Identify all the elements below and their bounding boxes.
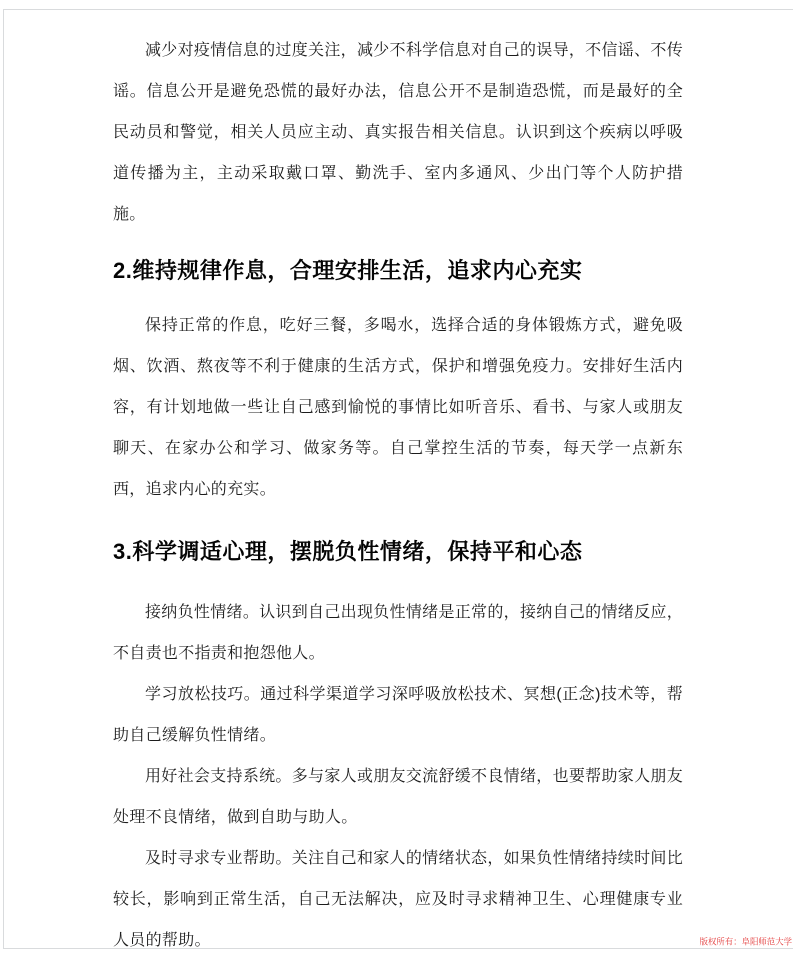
- document-page: 减少对疫情信息的过度关注，减少不科学信息对自己的误导，不信谣、不传谣。信息公开是…: [0, 0, 793, 953]
- section-3-paragraph-professional-help: 及时寻求专业帮助。关注自己和家人的情绪状态，如果负性情绪持续时间比较长，影响到正…: [113, 838, 683, 953]
- copyright-watermark: 版权所有：阜阳师范大学: [700, 938, 792, 946]
- section-3-paragraph-social-support: 用好社会支持系统。多与家人或朋友交流舒缓不良情绪，也要帮助家人朋友处理不良情绪，…: [113, 756, 683, 838]
- section-2-heading: 2.维持规律作息，合理安排生活，追求内心充实: [113, 249, 683, 293]
- section-3-heading: 3.科学调适心理，摆脱负性情绪，保持平和心态: [113, 530, 683, 574]
- document-content: 减少对疫情信息的过度关注，减少不科学信息对自己的误导，不信谣、不传谣。信息公开是…: [113, 30, 683, 953]
- section-3-paragraph-accept-emotions: 接纳负性情绪。认识到自己出现负性情绪是正常的，接纳自己的情绪反应，不自责也不指责…: [113, 592, 683, 674]
- intro-paragraph: 减少对疫情信息的过度关注，减少不科学信息对自己的误导，不信谣、不传谣。信息公开是…: [113, 30, 683, 235]
- section-2-paragraph: 保持正常的作息，吃好三餐，多喝水，选择合适的身体锻炼方式，避免吸烟、饮酒、熬夜等…: [113, 305, 683, 510]
- section-3-paragraph-relaxation: 学习放松技巧。通过科学渠道学习深呼吸放松技术、冥想(正念)技术等，帮助自己缓解负…: [113, 674, 683, 756]
